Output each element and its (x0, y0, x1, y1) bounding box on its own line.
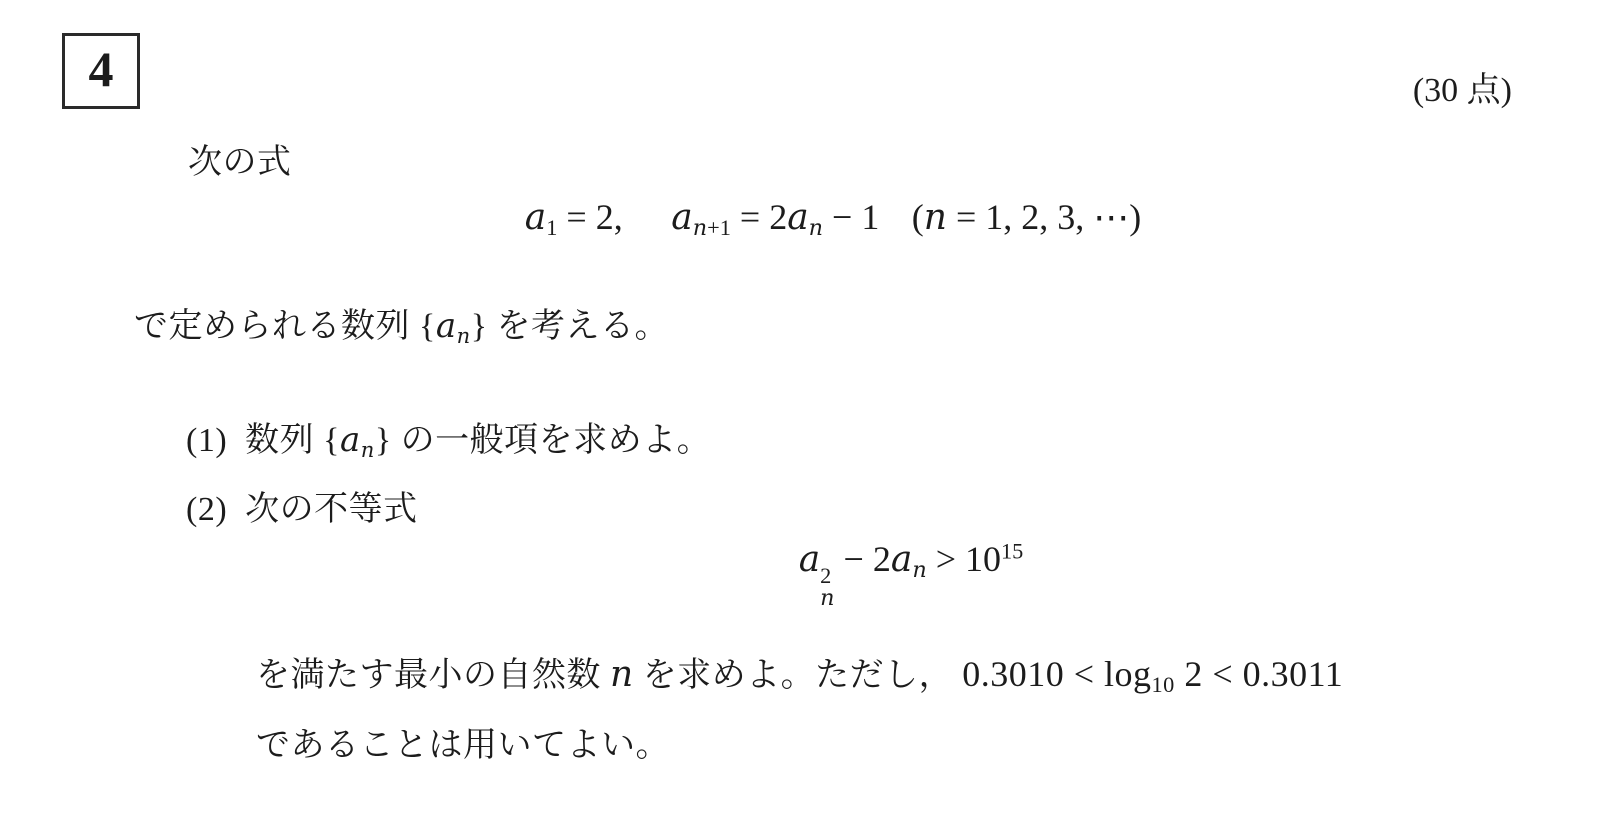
math-var-a: a (436, 306, 457, 346)
math-sub-plus-1: +1 (707, 215, 731, 240)
math-greater-than-10: > 10 (927, 539, 1001, 579)
math-eq-2an: = 2 (731, 197, 787, 237)
math-sub-n: n (820, 587, 834, 610)
math-sub-n: n (361, 437, 375, 462)
recurrence-formula: a1 = 2,an+1 = 2an − 1(n = 1, 2, 3, ⋯) (62, 196, 1604, 238)
math-var-n: n (924, 197, 947, 238)
sequence-definition-line: で定められる数列 {an} を考える。 (134, 304, 669, 350)
math-paren-open: ( (912, 197, 924, 237)
item-1-text-post: } の一般項を求めよ。 (375, 422, 711, 459)
math-log-bound: 0.3010 < log10 2 < 0.3011 (962, 654, 1343, 694)
closing-line-2: であることは用いてよい。 (256, 723, 670, 769)
seq-text-pre: で定められる数列 { (134, 308, 436, 345)
math-minus-2: − 2 (835, 539, 891, 579)
intro-text: 次の式 (188, 140, 292, 186)
item-2-text: 次の不等式 (245, 491, 418, 528)
closing-text-mid: を求めよ。ただし， (634, 657, 963, 694)
math-sub-n: n (693, 215, 707, 241)
math-var-a: a (340, 420, 361, 460)
inequality-formula: a2n − 2an > 1015 (218, 538, 1604, 610)
math-log-pre: 0.3010 < log (962, 654, 1151, 694)
math-var-a1: a (525, 197, 546, 238)
seq-text-post: } を考える。 (471, 308, 669, 345)
math-sub-n: n (457, 323, 471, 348)
math-sub-n2: n (809, 215, 823, 241)
item-2-label: (2) (186, 487, 227, 533)
math-log-base-10: 10 (1152, 672, 1175, 697)
item-1-text-pre: 数列 { (245, 422, 340, 459)
math-sup-2: 2 (820, 564, 831, 587)
math-sub-n-plus-1: n+1 (693, 215, 731, 240)
question-item-1: (1)数列 {an} の一般項を求めよ。 (186, 418, 711, 464)
closing-text-pre: を満たす最小の自然数 (256, 657, 610, 694)
question-item-2: (2)次の不等式 (186, 487, 418, 533)
math-exp-15: 15 (1001, 539, 1023, 564)
math-sub-1: 1 (546, 215, 557, 240)
math-supsub-stack: 2n (820, 564, 834, 611)
exam-problem-page: 4 (30 点) 次の式 a1 = 2,an+1 = 2an − 1(n = 1… (0, 0, 1604, 820)
math-var-an: a (891, 539, 912, 580)
math-var-n: n (610, 654, 634, 695)
problem-number: 4 (89, 44, 114, 98)
points-label: (30 点) (1413, 74, 1512, 108)
math-minus-1: − 1 (823, 197, 879, 237)
math-sub-n2: n (912, 557, 926, 583)
math-eq-2: = 2, (557, 197, 622, 237)
problem-number-box: 4 (62, 33, 140, 109)
math-var-an: a (787, 197, 808, 238)
item-1-label: (1) (186, 418, 227, 464)
math-log-post: 2 < 0.3011 (1175, 654, 1343, 694)
closing-line-1: を満たす最小の自然数 n を求めよ。ただし， 0.3010 < log10 2 … (256, 650, 1343, 700)
math-var-a-squared: a (799, 539, 820, 580)
math-var-an1: a (671, 197, 692, 238)
math-domain-values: = 1, 2, 3, ⋯) (947, 197, 1141, 237)
